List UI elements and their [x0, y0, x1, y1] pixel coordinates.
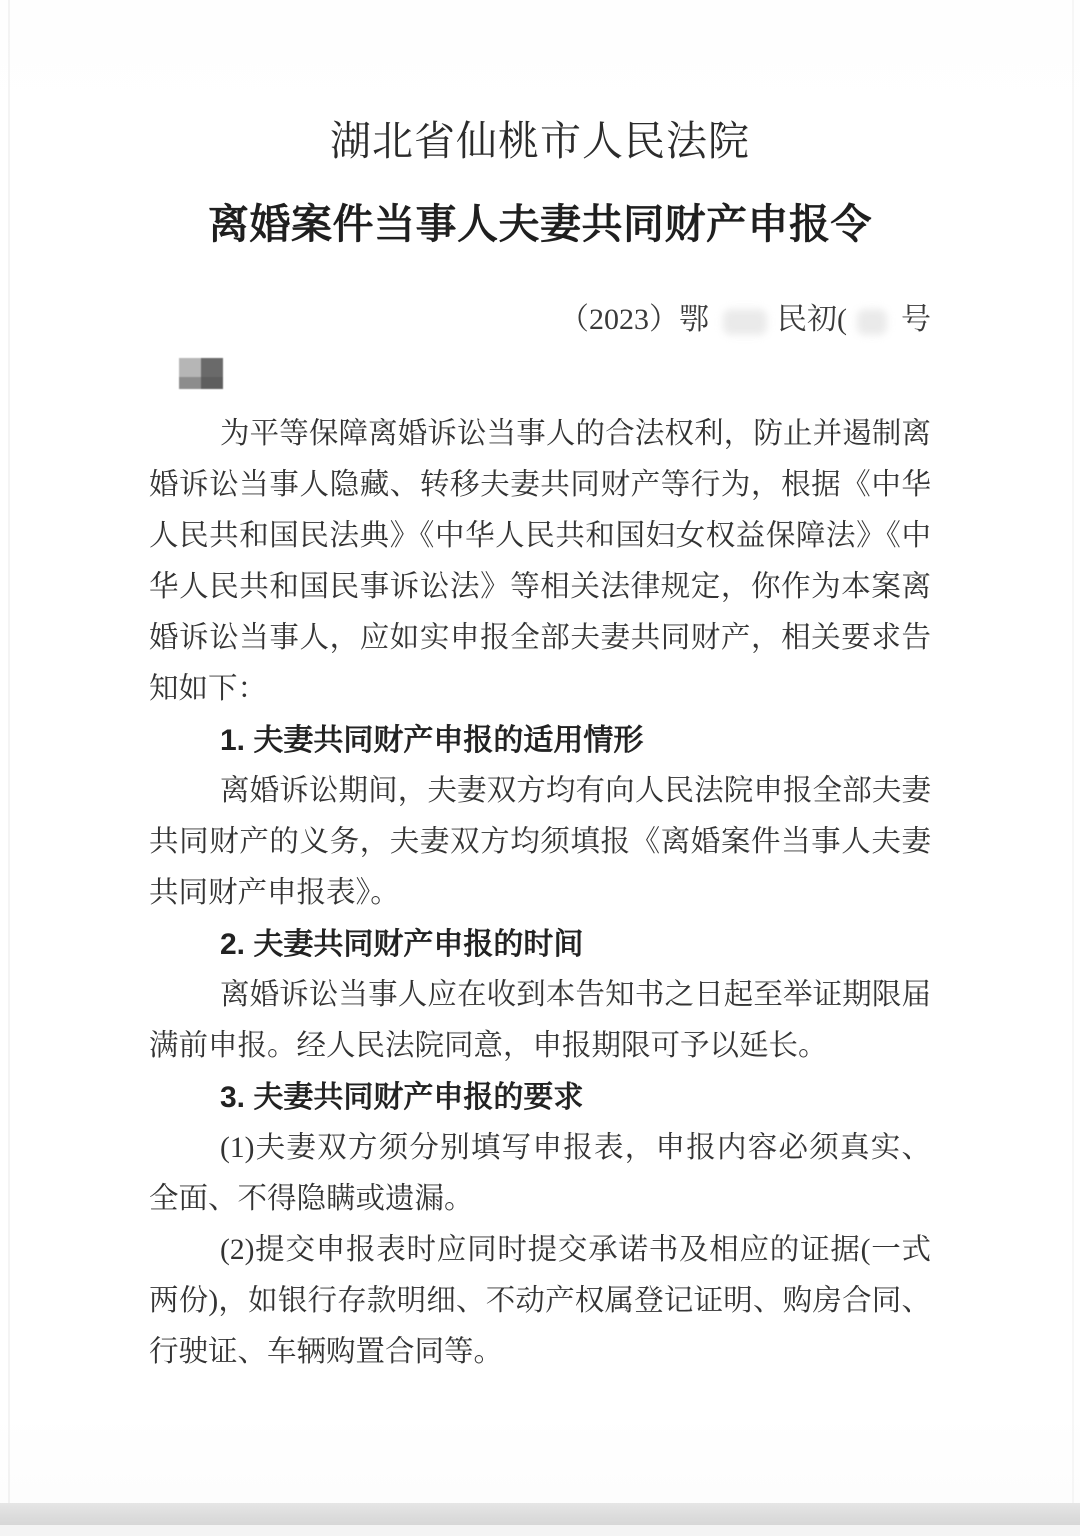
- page-bottom-strip: [0, 1503, 1080, 1525]
- document-body: 为平等保障离婚诉讼当事人的合法权利，防止并遏制离婚诉讼当事人隐藏、转移夫妻共同财…: [149, 409, 931, 1378]
- page-left-edge: [8, 0, 10, 1536]
- mosaic-cell-top-right: [201, 358, 223, 377]
- section-2-paragraph: 离婚诉讼当事人应在收到本告知书之日起至举证期限届满前申报。经人民法院同意，申报期…: [149, 970, 931, 1072]
- section-1-heading: 1. 夫妻共同财产申报的适用情形: [149, 715, 931, 766]
- document-page: 湖北省仙桃市人民法院 离婚案件当事人夫妻共同财产申报令 （2023）鄂民初(号 …: [0, 0, 1080, 1536]
- document-content: 湖北省仙桃市人民法院 离婚案件当事人夫妻共同财产申报令 （2023）鄂民初(号 …: [149, 0, 931, 1378]
- section-3-heading: 3. 夫妻共同财产申报的要求: [149, 1072, 931, 1123]
- page-bottom-background: [0, 1525, 1080, 1536]
- case-number-redaction-2: [857, 309, 887, 335]
- case-number-mid-part: 民初(: [777, 303, 847, 336]
- case-number-redaction-1: [723, 309, 767, 335]
- mosaic-cell-bottom-left: [179, 377, 201, 389]
- section-3-item-2-paragraph: (2)提交申报表时应同时提交承诺书及相应的证据(一式两份)，如银行存款明细、不动…: [149, 1225, 931, 1378]
- case-number-suffix: 号: [901, 303, 931, 336]
- case-number-line: （2023）鄂民初(号: [149, 300, 931, 340]
- redaction-mosaic-sticker: [179, 358, 223, 389]
- mosaic-cell-bottom-right: [201, 377, 223, 389]
- document-title: 离婚案件当事人夫妻共同财产申报令: [149, 194, 931, 254]
- section-2-heading: 2. 夫妻共同财产申报的时间: [149, 919, 931, 970]
- section-3-item-1-paragraph: (1)夫妻双方须分别填写申报表，申报内容必须真实、全面、不得隐瞒或遗漏。: [149, 1123, 931, 1225]
- intro-paragraph: 为平等保障离婚诉讼当事人的合法权利，防止并遏制离婚诉讼当事人隐藏、转移夫妻共同财…: [149, 409, 931, 715]
- page-right-edge: [1072, 0, 1074, 1536]
- case-number-year-part: （2023）鄂: [559, 303, 709, 336]
- section-1-paragraph: 离婚诉讼期间，夫妻双方均有向人民法院申报全部夫妻共同财产的义务，夫妻双方均须填报…: [149, 766, 931, 919]
- court-name-title: 湖北省仙桃市人民法院: [149, 112, 931, 170]
- mosaic-cell-top-left: [179, 358, 201, 377]
